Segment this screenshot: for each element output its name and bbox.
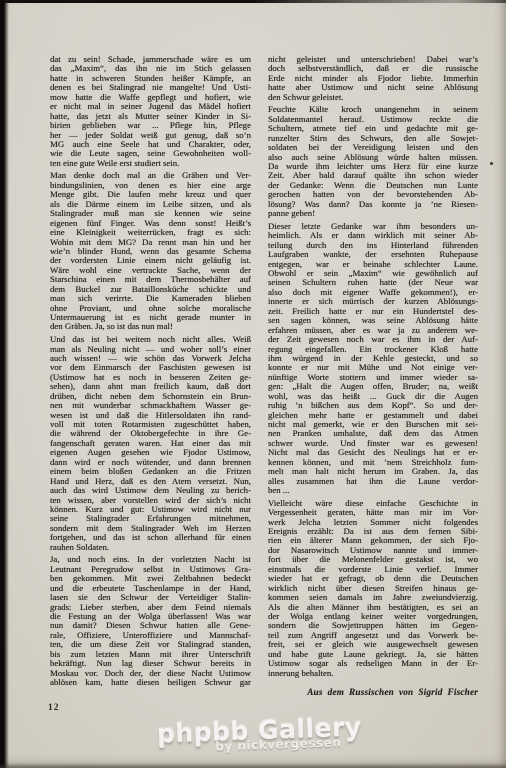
text-line: bindungslinien, von denen es hier eine a… [50,181,251,190]
text-column-right: nicht geleistet und unterschrieben! Dabe… [268,55,478,681]
text-line: ihm würgend in der Kehle gesteckt, und s… [268,354,478,363]
text-line: sehen), dann ahnt man freilich kaum, daß… [50,382,251,391]
text-line: ten wissen, aber vorstellen wird der sic… [50,496,251,505]
text-line: alles zusammen hat ihm die Laune verdor- [268,477,478,486]
text-line: sondern die Sowjettruppen hätten im Gege… [268,621,478,630]
text-line: Schultern, atmete tief ein und gedachte … [268,124,478,133]
text-line: hatte, das jetzt als Mutter seiner Kinde… [50,112,251,121]
text-line: hatte in schweren Stunden heißer Kämpfe,… [50,74,251,83]
text-line: nicht mal gemerkt, wie er den Burschen m… [268,420,478,429]
text-line: Wohin mit dem MG? Da rennt man hin und h… [50,238,251,247]
text-line: ben gekommen. Mit zwei Zeltbahnen bedeck… [50,574,251,583]
paragraph: Vielleicht wäre diese einfache Geschicht… [268,499,478,678]
text-line: Als die alten Männer ihm bestätigten, es… [268,603,478,612]
text-line: und die erbeutete Taschenlampe in der Ha… [50,584,251,593]
text-line: Man denke doch mal an die Gräben und Ver… [50,171,251,180]
text-line: rale, Offiziere, Unteroffiziere und Mann… [50,631,251,640]
text-line: nicht geleistet und unterschrieben! Dabe… [268,55,478,64]
paragraph: Feuchte Kälte kroch unangenehm in seinem… [268,105,478,218]
text-line: ablösen kam, hatte diesen heiligen Schwu… [50,678,251,687]
paper-speck [490,162,493,165]
text-line: Da wurde ihm leichter ums Herz für eine … [268,162,478,171]
text-line: Vergessenheit geraten, hätte man mir im … [268,508,478,517]
text-line: rauhen Soldaten. [50,543,251,552]
text-line: Und das ist bei weitem noch nicht alles.… [50,335,251,344]
text-line: grads: Lieber sterben, aber dem Feind ni… [50,603,251,612]
text-line: eigenen Augen gesehen wie Fjodor Ustimow… [50,448,251,457]
text-line: der Gedanke: Wenn die Deutschen nun Lunt… [268,181,478,190]
text-line: runzelter Stirn des Schwurs, den alle So… [268,134,478,143]
text-line: auch das wird Ustimow dem Neuling zu ber… [50,486,251,495]
text-line: panne geben! [268,209,478,218]
text-line: heimlich. Als er dann wirklich mit seine… [268,231,478,240]
text-line: wie’n blinder Hund, wenn das gesamte Sch… [50,247,251,256]
text-line: den Schwur geleistet. [268,93,478,102]
text-line: Laufgraben wankte, der ersehnten Ruhepau… [268,250,478,259]
text-line: Ereignis erzählt: Da ist aus dem fernen … [268,527,478,536]
text-line: erfahren müssen, aber es war ja zu ander… [268,326,478,335]
text-line: sen sagen können, was seine Ablösung hät… [268,316,478,325]
text-line: dor Nasarowitsch Ustimow nannte und imme… [268,546,478,555]
text-line: innerung behalten. [268,669,478,678]
text-line: der Zeit gewesen noch war es ihm in der … [268,335,478,344]
text-line: Leutnant Peregrudow selbst in Ustimows G… [50,565,251,574]
text-line: soldaten bei der Vereidigung leisten und… [268,143,478,152]
text-line: gleichen mehr hatte er gestammelt und da… [268,411,478,420]
paragraph: Man denke doch mal an die Gräben und Ver… [50,171,251,331]
text-line: fortgehen, und das ist schon allerhand f… [50,533,251,542]
text-line: fort über die Melonenfelder gestakst ist… [268,555,478,564]
text-line: kennen können, und mit ’nem Streichholz … [268,458,478,467]
text-line: also doch mit eigener Waffe gekommen!), … [268,288,478,297]
text-line: innerte er sich mürrisch der kurzen Ablö… [268,297,478,306]
text-line: Untermauerung ist es nicht gerade munter… [50,313,251,322]
text-line: werk Jelcha letzten Sommer nicht folgend… [268,518,478,527]
text-line: man sich verirrte. Die Kameraden blieben [50,294,251,303]
text-line: können. Kurz und gut: Ustimow wird nicht… [50,505,251,514]
text-line: wesen ist und daß die Hitlersoldaten ihn… [50,411,251,420]
text-line: Zeit. Aber bald darauf quälte ihn schon … [268,171,478,180]
text-line: entgegen, war er beinahe schlechter Laun… [268,260,478,269]
text-line: nen mit wunderbar schmackhaftem Wasser g… [50,401,251,410]
text-line: lösung? Was dann? Das konnte ja ’ne Ries… [268,200,478,209]
text-line: nen Pranken umhalste, daß dem das Atmen [268,429,478,438]
text-line: nun damit? Diesen Schwur hatten alle Gen… [50,621,251,630]
text-line: die Festung an der Wolga überlassen! Was… [50,612,251,621]
text-line: Moskau vor. Doch der, der diese Nacht Us… [50,669,251,678]
text-line: ohne Proviant, und ohne solche moralisch… [50,304,251,313]
text-line: wohl, was das heißt ... Guck dir die Aug… [268,392,478,401]
text-line: also auch seine Ablösung würde halten mü… [268,153,478,162]
text-line: die während der Oktobergefechte in ihre … [50,429,251,438]
text-line: Nicht mal das Gesicht des Neulings hat e… [268,448,478,457]
text-line: lasen sie den Schwur der Verteidiger Sta… [50,593,251,602]
text-line: bis zum letzten Mann mit ihrer Unterschr… [50,650,251,659]
text-line: teilung durch den ins Hinterland führend… [268,241,478,250]
page-edge-top [0,0,506,3]
text-line: bekräftigt. Nun lag dieser Schwur bereit… [50,659,251,668]
text-line: eine Kleinigkeit weiterrücken, fragt es … [50,228,251,237]
text-line: Wäre wohl eine vertrackte Sache, wenn de… [50,266,251,275]
text-line: melt man halt nicht herum im Graben. Ja,… [268,467,478,476]
text-line: voll mit toten Rotarmisten zugeschüttet … [50,420,251,429]
text-line: seinen Schultern ruhen hatte (der Neue w… [268,278,478,287]
text-line: Soldatenmantel herauf. Ustimow reckte di… [268,115,478,124]
text-line: man als Neuling nicht — und woher soll’s… [50,345,251,354]
text-line: Erde nicht minder als Fjodor liebte. Imm… [268,74,478,83]
text-line: regung eingefallen. Ein trockener Kloß h… [268,345,478,354]
paragraph: dat zu sein! Schade, jammerschade wäre e… [50,55,251,168]
text-line: und habe gute Laune gekriegt. Ja, sie hä… [268,650,478,659]
text-line: eigenen fünf Finger. Was denn sonst! Hei… [50,219,251,228]
text-line: der vordersten Linie einem nicht geläufi… [50,256,251,265]
text-line: freit, sei er gleich wie ausgewechselt g… [268,640,478,649]
text-line: Ja, und noch eins. In der vorletzten Nac… [50,555,251,564]
text-column-left: dat zu sein! Schade, jammerschade wäre e… [50,55,251,691]
text-line: birien geblieben war ... Pflege hin, Pfl… [50,121,251,130]
text-line: sondern mit dem Stalingrader Weh im Herz… [50,524,251,533]
text-line: (Ustimow hat es noch in besseren Zeiten … [50,373,251,382]
page-number: 12 [48,703,60,713]
text-line: Ustimow sogar als redseligen Mann in der… [268,659,478,668]
text-line: dat zu sein! Schade, jammerschade wäre e… [50,55,251,64]
paragraph: Dieser letzte Gedanke war ihm besonders … [268,222,478,496]
text-line: er nicht mal in seiner Jugend das Mädel … [50,102,251,111]
text-line: Menge gibt. Die laufen mehr kreuz und qu… [50,190,251,199]
paragraph: Ja, und noch eins. In der vorletzten Nac… [50,555,251,687]
text-line: her — jeder Soldat weiß gut genug, daß s… [50,131,251,140]
text-line: schwer wurde. Und finster war es gewesen… [268,439,478,448]
paragraph: nicht geleistet und unterschrieben! Dabe… [268,55,478,102]
page-edge-left [0,0,9,768]
text-line: vor dem Einmarsch der Faschisten gewesen… [50,363,251,372]
text-line: ben ... [268,486,478,495]
text-line: doch selbstverständlich, daß er die russ… [268,64,478,73]
text-line: denen es bei Stalingrad nie mangelte! Un… [50,83,251,92]
text-line: drüben, dicht neben dem Schornstein ein … [50,392,251,401]
text-line: einstmals die vorderste Linie verlief. I… [268,565,478,574]
text-line: Obwohl er sein „Maxim“ wie gewöhnlich au… [268,269,478,278]
watermark-title: phpbb Gallery [156,713,367,747]
text-line: den Gräben. Ja, so ist das nun mal! [50,322,251,331]
scanned-book-page: dat zu sein! Schade, jammerschade wäre e… [0,0,506,768]
text-line: Starschina einen mit dem Thermosbehälter… [50,275,251,284]
text-line: hatte aber Ustimow und nicht seine Ablös… [268,83,478,92]
text-line: mow hatte die Waffe gepflegt und hofiert… [50,93,251,102]
page-edge-bottom [0,763,506,768]
text-line: Stalingrader muß man sie kennen wie sein… [50,209,251,218]
text-line: Vielleicht wäre diese einfache Geschicht… [268,499,478,508]
text-line: rien ein älterer Mann gekommen, der sich… [268,536,478,545]
text-line: ten, die um diese Zeit vor Stalingrad st… [50,640,251,649]
watermark-subtitle: by nickvergessen [215,735,367,752]
text-line: Dieser letzte Gedanke war ihm besonders … [268,222,478,231]
translator-attribution: Aus dem Russischen von Sigrid Fischer [268,687,478,697]
text-line: dann wird er noch wütender, und dann bre… [50,458,251,467]
paragraph: Und das ist bei weitem noch nicht alles.… [50,335,251,552]
text-line: gen: „Halt die Augen offen, Bruder; na, … [268,382,478,391]
text-line: kommen seien damals im Jahre zweiundvier… [268,593,478,602]
text-line: einem beim bloßen Gedanken an die Fritze… [50,467,251,476]
text-line: wieder hat er gefragt, ob denn die Deuts… [268,574,478,583]
text-line: auch wissen! — wie schön das Vorwerk Jel… [50,354,251,363]
text-line: ten eine gute Weile erst studiert sein. [50,159,251,168]
text-line: gerochen hatten von der bevorstehenden A… [268,190,478,199]
text-line: nünftige Worte stottern und immer wieder… [268,373,478,382]
text-line: wie die Leute sagen, seine Gewohnheiten … [50,149,251,158]
text-line: fangenschaft geraten waren. Hat einer da… [50,439,251,448]
text-line: wirklich nicht über diesen Streifen hina… [268,584,478,593]
text-line: ruhig ’n bißchen aus dem Kopf“. So und d… [268,401,478,410]
text-line: der Wolga entlang keiner weiter vorgedru… [268,612,478,621]
text-line: MG auch eine Seele hat und Charakter, od… [50,140,251,149]
text-line: als die Därme einem im Leibe sitzen, und… [50,200,251,209]
text-line: dem Buckel zur Bataillonsküche schickte … [50,285,251,294]
watermark: phpbb Gallery by nickvergessen [156,713,367,754]
text-line: Feuchte Kälte kroch unangenehm in seinem [268,105,478,114]
text-line: das „Maxim“, das ihn nie im Stich gelass… [50,64,251,73]
text-line: teil zum Angriff angesetzt und das Vorwe… [268,631,478,640]
text-line: Hand und Herz, daß es den Atem versetzt.… [50,477,251,486]
text-line: konnte er nur mit Mühe und Not einige ve… [268,363,478,372]
text-line: zeit. Freilich hatte er nur ein Hunderts… [268,307,478,316]
text-line: seine Stalingrader Erfahrungen mitnehmen… [50,514,251,523]
